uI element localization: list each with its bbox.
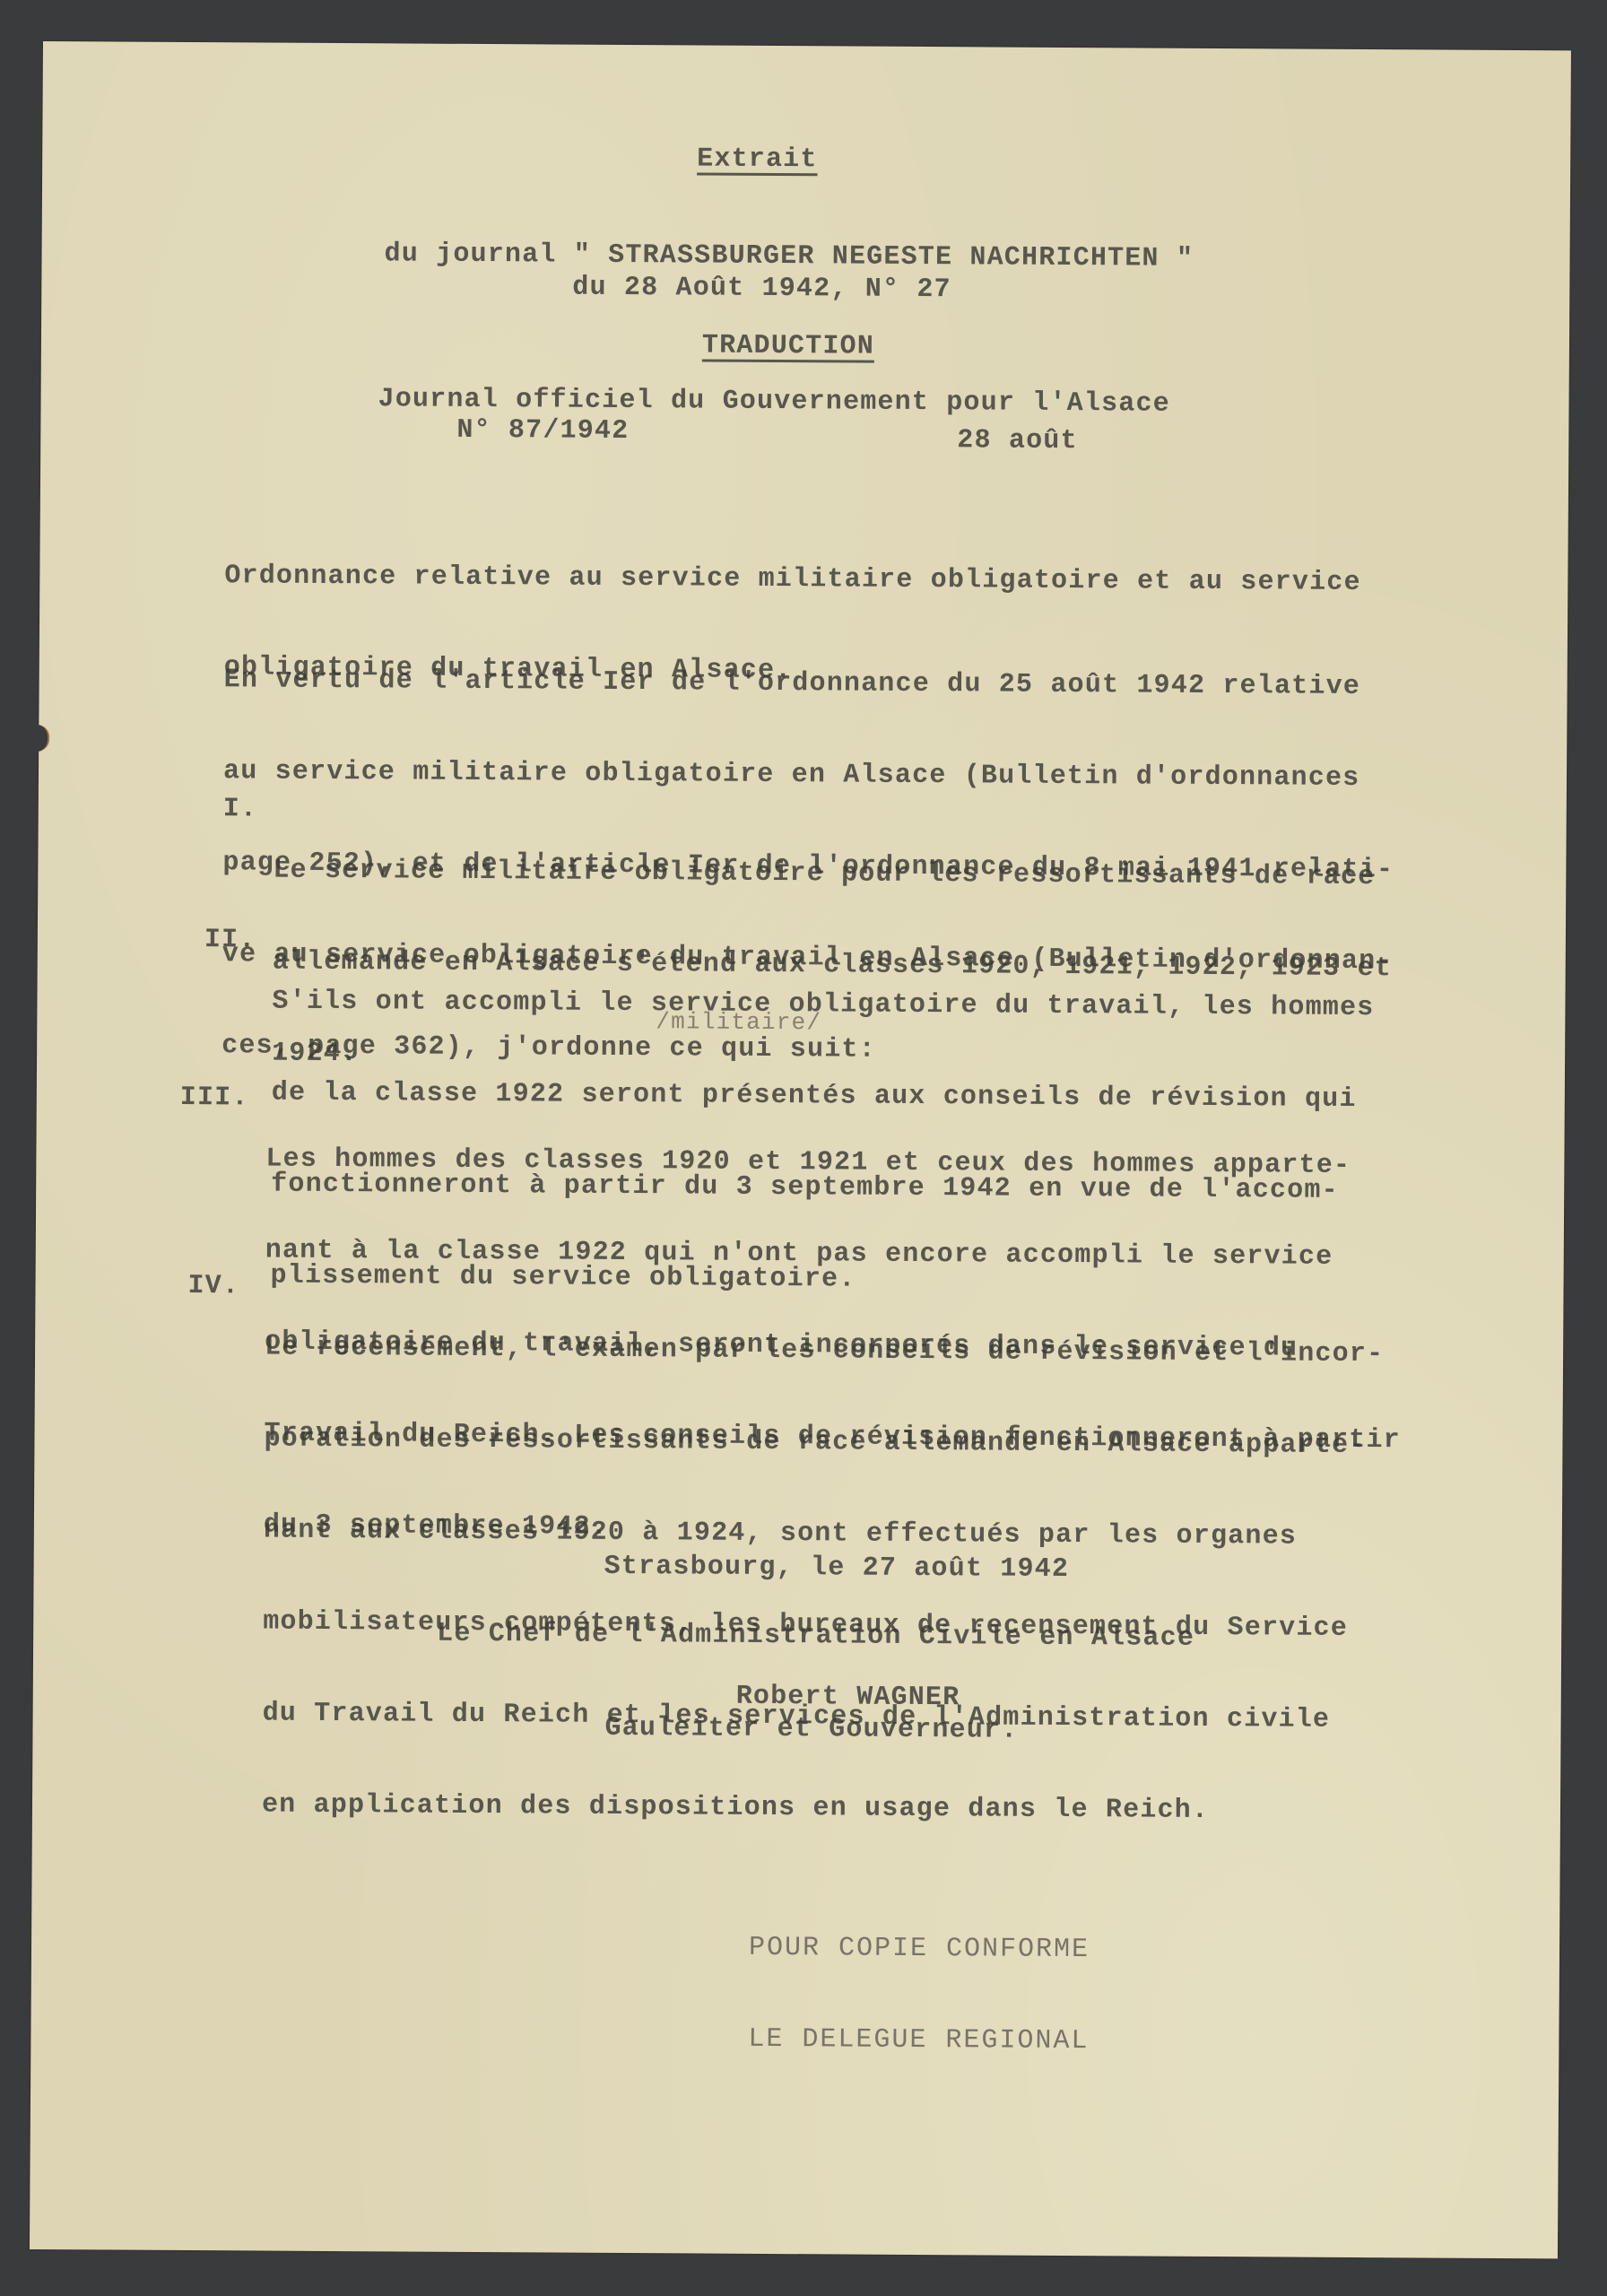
- paper-tear: [35, 725, 49, 752]
- article-line: Le service militaire obligatoire pour le…: [273, 856, 1392, 893]
- article-line: poration des ressortissants de race alle…: [264, 1424, 1383, 1462]
- article-line: en application des dispositions en usage…: [262, 1790, 1381, 1828]
- preamble-line: En vertu de l'article Ier de l'ordonnanc…: [224, 665, 1395, 702]
- source-line-1: du journal " STRASSBURGER NEGESTE NACHRI…: [384, 239, 1194, 274]
- certification-line: LE DELEGUE REGIONAL: [748, 2024, 1089, 2057]
- article-line: nant à la classe 1922 qui n'ont pas enco…: [265, 1236, 1403, 1274]
- source-line-2: du 28 Août 1942, N° 27: [572, 273, 951, 306]
- article-4: IV. Le recensement, l'examen par les con…: [43, 41, 1571, 50]
- article-3: III. Les hommes des classes 1920 et 1921…: [43, 41, 1571, 50]
- translation-label: TRADUCTION: [702, 330, 874, 361]
- article-line: S'ils ont accompli le service obligatoir…: [272, 987, 1374, 1024]
- issue-number: N° 87/1942: [456, 415, 629, 447]
- article-line: Le recensement, l'examen par les conseil…: [265, 1333, 1384, 1370]
- ordinance-title-line: Ordonnance relative au service militaire…: [224, 561, 1361, 598]
- article-line: Les hommes des classes 1920 et 1921 et c…: [265, 1144, 1403, 1182]
- article-number: II.: [204, 925, 256, 955]
- article-line: nant aux classes 1920 à 1924, sont effec…: [264, 1516, 1383, 1553]
- document-page: Extrait du journal " STRASSBURGER NEGEST…: [30, 41, 1571, 2258]
- signatory-title: Gauleiter et Gouverneur.: [604, 1713, 1018, 1746]
- article-1: I. Le service militaire obligatoire pour…: [43, 41, 1571, 50]
- article-number: I.: [223, 794, 258, 824]
- issue-date: 28 août: [957, 425, 1078, 457]
- article-number: III.: [180, 1083, 249, 1113]
- place-date: Strasbourg, le 27 août 1942: [604, 1552, 1070, 1585]
- article-2: II. S'ils ont accompli le service obliga…: [43, 41, 1571, 50]
- document-title: Extrait: [697, 143, 818, 175]
- signatory-office: Le Chef de l'Administration Civile en Al…: [437, 1619, 1194, 1654]
- overtyped-correction: /militaire/: [656, 1006, 821, 1038]
- signatory-name: Robert WAGNER: [736, 1682, 960, 1714]
- preamble-line: au service militaire obligatoire en Alsa…: [223, 756, 1394, 794]
- certification-line: POUR COPIE CONFORME: [749, 1933, 1090, 1965]
- certification-stamp: POUR COPIE CONFORME LE DELEGUE REGIONAL: [748, 1872, 1090, 2118]
- journal-line: Journal officiel du Gouvernement pour l'…: [378, 384, 1170, 419]
- article-number: IV.: [187, 1271, 239, 1301]
